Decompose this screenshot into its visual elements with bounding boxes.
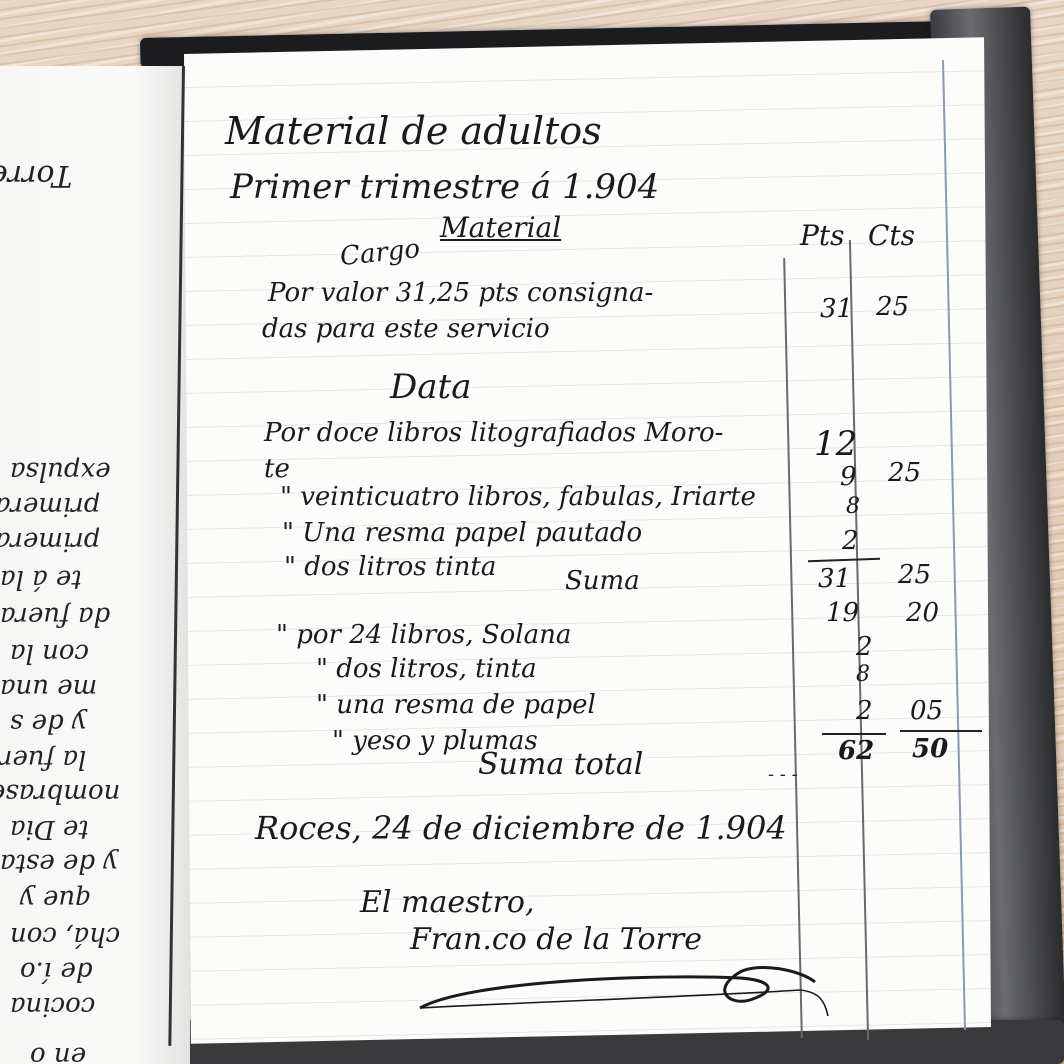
suma-label: Suma	[565, 568, 640, 594]
signature-flourish	[410, 960, 830, 1020]
left-page-word: me una	[0, 673, 97, 703]
left-page-word: te á la	[0, 564, 82, 594]
ledger-title: Material de adultos	[225, 112, 602, 150]
left-page-word: chá, con	[10, 921, 120, 951]
left-page-word: te Dia	[10, 814, 89, 844]
total-pts: 62	[838, 736, 874, 766]
data-entry-text: " dos litros tinta	[284, 554, 496, 580]
left-page-word: Torre	[0, 158, 72, 193]
left-page-word: nombrase	[0, 778, 120, 808]
data-pts: 8	[846, 494, 860, 519]
expense-pts: 2	[856, 696, 873, 726]
data-entry-text: " Una resma papel pautado	[282, 520, 642, 546]
left-page-word: con la	[10, 638, 89, 668]
left-page-word: de í.o	[20, 956, 93, 986]
left-page-word: primera	[0, 491, 100, 521]
cargo-label: Cargo	[339, 236, 421, 270]
expense-entry-text: " por 24 libros, Solana	[276, 622, 571, 648]
data-label: Data	[390, 370, 471, 404]
data-pts: 9	[840, 462, 857, 492]
expense-cts: 05	[910, 696, 943, 726]
total-leader: - - -	[768, 764, 798, 785]
cargo-pts: 31	[820, 294, 853, 324]
data-pts: 2	[842, 526, 859, 556]
data-entry-text: te	[264, 456, 290, 482]
cargo-line-1: Por valor 31,25 pts consigna-	[268, 280, 653, 306]
column-header-cts: Cts	[868, 222, 915, 250]
expense-pts: 2	[856, 632, 873, 662]
expense-cts: 20	[906, 598, 939, 628]
left-page-word: y de esta	[0, 848, 118, 878]
place-date: Roces, 24 de diciembre de 1.904	[255, 812, 787, 844]
section-heading: Material	[440, 214, 561, 242]
total-label: Suma total	[478, 750, 643, 780]
left-page-word: da fuera	[0, 601, 110, 631]
left-page-word: primera	[0, 526, 100, 556]
left-page-word: y de s	[10, 708, 87, 738]
left-page-word: cocina	[10, 991, 95, 1021]
data-pts: 12	[814, 424, 857, 464]
signature-role: El maestro,	[360, 888, 535, 918]
cargo-cts: 25	[876, 292, 909, 322]
left-page-word: la fuer	[0, 744, 86, 774]
suma-pts: 31	[818, 564, 851, 594]
total-cts: 50	[912, 734, 948, 764]
data-cts: 25	[888, 458, 921, 488]
expense-pts: 8	[856, 662, 870, 687]
ledger-subtitle: Primer trimestre á 1.904	[230, 170, 659, 204]
total-rule-cts	[900, 730, 982, 732]
data-entry-text: Por doce libros litografiados Moro-	[264, 420, 723, 446]
left-page-word: que y	[20, 884, 92, 914]
expense-entry-text: " dos litros, tinta	[316, 656, 537, 682]
total-rule-pts	[822, 733, 886, 735]
data-entry-text: " veinticuatro libros, fabulas, Iriarte	[280, 484, 756, 510]
column-header-pts: Pts	[800, 222, 844, 250]
left-page-word: en o	[30, 1041, 86, 1064]
cargo-line-2: das para este servicio	[262, 316, 550, 342]
expense-pts: 19	[826, 598, 859, 628]
signature-name: Fran.co de la Torre	[410, 925, 702, 955]
suma-cts: 25	[898, 560, 931, 590]
left-page: Torre expulsa primera primera te á la da…	[0, 66, 190, 1064]
expense-entry-text: " una resma de papel	[316, 692, 596, 718]
left-page-word: expulsa	[10, 456, 111, 486]
